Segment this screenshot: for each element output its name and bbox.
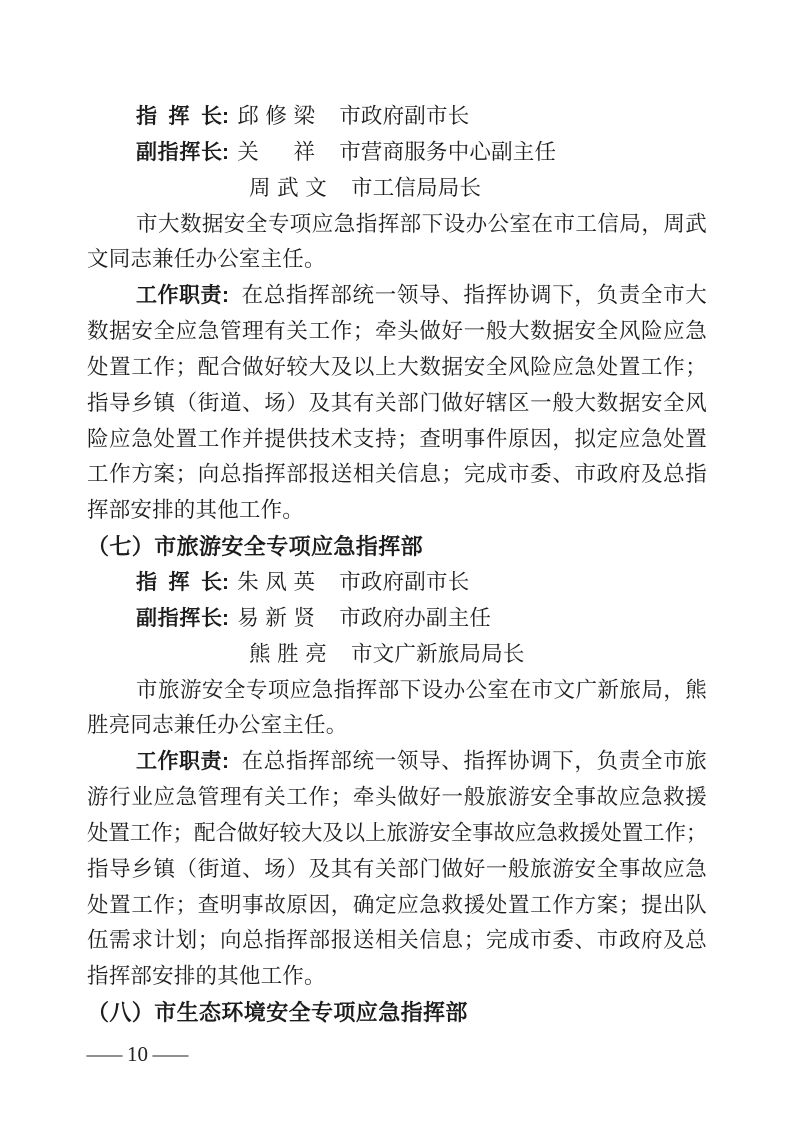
role-label-colon: :: [222, 571, 229, 594]
duties-label: 工作职责: [136, 284, 222, 307]
duties-label-colon: :: [222, 284, 229, 307]
page-footer: —10—: [90, 1041, 185, 1067]
deputy-commander-line: 副指挥长:易新贤市政府办副主任: [87, 601, 707, 637]
deputy-commander-line: 熊胜亮市文广新旅局局长: [87, 637, 707, 673]
body-line: 胜亮同志兼任办公室主任。: [87, 708, 707, 744]
role-label: 副指挥长: [136, 135, 222, 171]
commander-line: 指挥长:朱凤英市政府副市长: [87, 565, 707, 601]
commander-line: 指挥长:邱修梁市政府副市长: [87, 99, 707, 135]
section-heading: （八）市生态环境安全专项应急指挥部: [87, 995, 707, 1031]
section-heading: （七）市旅游安全专项应急指挥部: [87, 529, 707, 565]
body-line: 游行业应急管理有关工作；牵头做好一般旅游安全事故应急救援: [87, 780, 707, 816]
body-line: 指导乡镇（街道、场）及其有关部门做好辖区一般大数据安全风: [87, 386, 707, 422]
role-label-colon: :: [222, 141, 229, 164]
role-label: 副指挥长: [136, 601, 222, 637]
person-title: 市政府副市长: [339, 104, 469, 128]
person-title: 市政府副市长: [339, 570, 469, 594]
content-block: 指挥长:邱修梁市政府副市长副指挥长:关祥市营商服务中心副主任周武文市工信局局长市…: [87, 99, 707, 1031]
body-line: 工作方案；向总指挥部报送相关信息；完成市委、市政府及总指: [87, 457, 707, 493]
body-line: 挥部安排的其他工作。: [87, 493, 707, 529]
body-line: 指挥部安排的其他工作。: [87, 959, 707, 995]
duties-line: 工作职责:在总指挥部统一领导、指挥协调下，负责全市大: [87, 278, 707, 314]
role-label-colon: :: [222, 607, 229, 630]
person-title: 市文广新旅局局长: [351, 642, 525, 666]
body-line: 数据安全应急管理有关工作；牵头做好一般大数据安全风险应急: [87, 314, 707, 350]
body-text: 在总指挥部统一领导、指挥协调下，负责全市大: [241, 283, 707, 307]
role-label-colon: :: [222, 105, 229, 128]
role-label: 指挥长: [136, 565, 222, 601]
person-name: 朱凤英: [237, 565, 315, 601]
body-line: 伍需求计划；向总指挥部报送相关信息；完成市委、市政府及总: [87, 923, 707, 959]
body-line: 处置工作；配合做好较大及以上大数据安全风险应急处置工作；: [87, 350, 707, 386]
body-line: 处置工作；配合做好较大及以上旅游安全事故应急救援处置工作；: [87, 816, 707, 852]
body-line: 市大数据安全专项应急指挥部下设办公室在市工信局，周武: [87, 207, 707, 243]
person-title: 市营商服务中心副主任: [339, 140, 556, 164]
body-line: 指导乡镇（街道、场）及其有关部门做好一般旅游安全事故应急: [87, 852, 707, 888]
person-title: 市工信局局长: [351, 176, 481, 200]
role-label: 指挥长: [136, 99, 222, 135]
person-name: 关祥: [237, 135, 315, 171]
person-title: 市政府办副主任: [339, 606, 491, 630]
person-name: 易新贤: [237, 601, 315, 637]
person-name: 熊胜亮: [249, 637, 327, 673]
body-line: 市旅游安全专项应急指挥部下设办公室在市文广新旅局，熊: [87, 673, 707, 709]
body-line: 文同志兼任办公室主任。: [87, 242, 707, 278]
duties-label: 工作职责: [136, 750, 222, 773]
deputy-commander-line: 周武文市工信局局长: [87, 171, 707, 207]
person-name: 周武文: [249, 171, 327, 207]
duties-line: 工作职责:在总指挥部统一领导、指挥协调下，负责全市旅: [87, 744, 707, 780]
body-text: 在总指挥部统一领导、指挥协调下，负责全市旅: [241, 749, 707, 773]
page-number: 10: [127, 1042, 148, 1066]
page-number-dash-right: —: [153, 1041, 189, 1067]
document-page: 指挥长:邱修梁市政府副市长副指挥长:关祥市营商服务中心副主任周武文市工信局局长市…: [0, 0, 793, 1122]
person-name: 邱修梁: [237, 99, 315, 135]
body-line: 险应急处置工作并提供技术支持；查明事件原因，拟定应急处置: [87, 422, 707, 458]
duties-label-colon: :: [222, 750, 229, 773]
body-line: 处置工作；查明事故原因，确定应急救援处置工作方案；提出队: [87, 888, 707, 924]
page-number-dash-left: —: [87, 1041, 123, 1067]
deputy-commander-line: 副指挥长:关祥市营商服务中心副主任: [87, 135, 707, 171]
